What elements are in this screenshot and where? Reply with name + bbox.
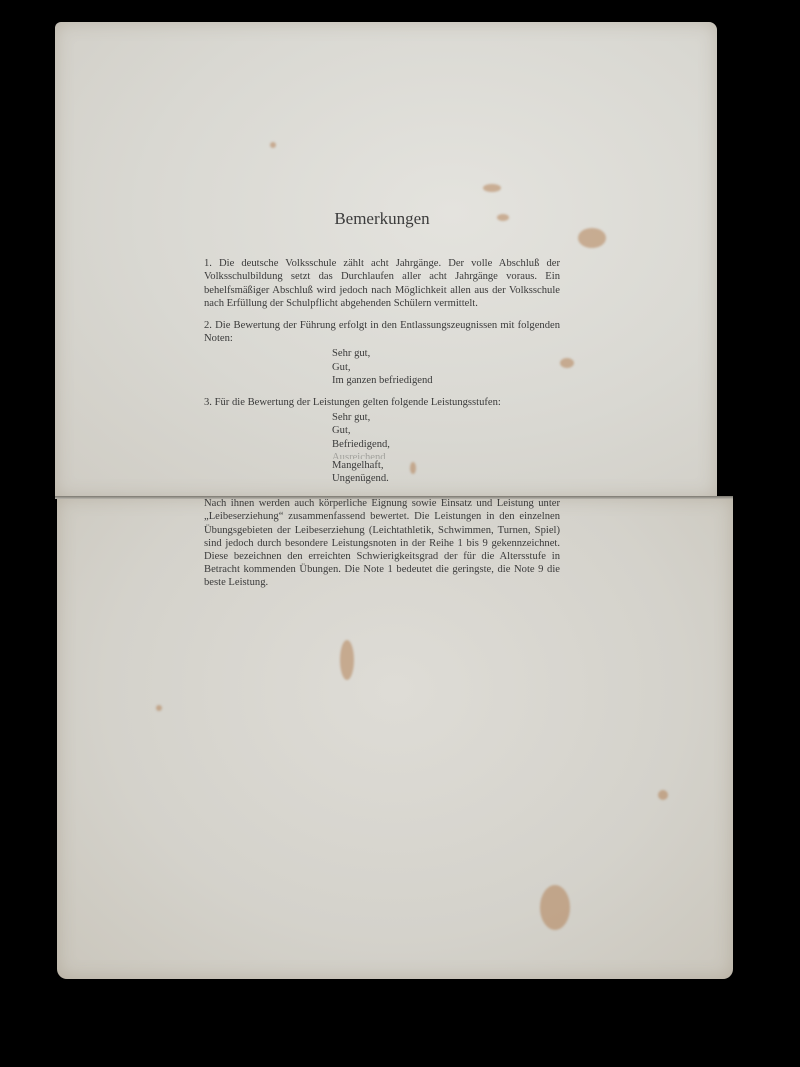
- grade-entry: Gut,: [332, 361, 560, 374]
- grade-entry: Sehr gut,: [332, 347, 560, 360]
- stain: [658, 790, 668, 800]
- grade-entry-folded: Ausreichend,: [332, 451, 560, 459]
- remark-text: Die Bewertung der Führung erfolgt in den…: [204, 320, 560, 344]
- performance-grade-list: Sehr gut, Gut, Befriedigend, Ausreichend…: [332, 411, 560, 485]
- grade-entry: Im ganzen befriedigend: [332, 374, 560, 387]
- grade-entry: Sehr gut,: [332, 411, 560, 424]
- document-title: Bemerkungen: [204, 212, 560, 225]
- stain: [483, 184, 501, 192]
- remark-item-1: 1. Die deutsche Volksschule zählt acht J…: [204, 257, 560, 310]
- conduct-grade-list: Sehr gut, Gut, Im ganzen befriedigend: [332, 347, 560, 387]
- remark-item-3: 3. Für die Bewertung der Leistungen gelt…: [204, 396, 560, 485]
- stain: [560, 358, 574, 368]
- remark-text: Für die Bewertung der Leistungen gelten …: [215, 397, 501, 408]
- grade-entry: Ungenügend.: [332, 472, 560, 485]
- remark-text: Die deutsche Volksschule zählt acht Jahr…: [204, 258, 560, 309]
- stain: [540, 885, 570, 930]
- grade-entry: Mangelhaft,: [332, 459, 560, 472]
- remark-number: 1.: [204, 258, 212, 269]
- grade-entry: Gut,: [332, 424, 560, 437]
- remark-item-2: 2. Die Bewertung der Führung erfolgt in …: [204, 319, 560, 387]
- stain: [156, 705, 162, 711]
- grade-entry: Befriedigend,: [332, 438, 560, 451]
- closing-paragraph: Nach ihnen werden auch körperliche Eignu…: [204, 497, 560, 589]
- stain: [340, 640, 354, 680]
- document-body: Bemerkungen 1. Die deutsche Volksschule …: [204, 212, 560, 590]
- remark-number: 3.: [204, 397, 212, 408]
- stain: [270, 142, 276, 148]
- stain: [578, 228, 606, 248]
- remark-number: 2.: [204, 320, 212, 331]
